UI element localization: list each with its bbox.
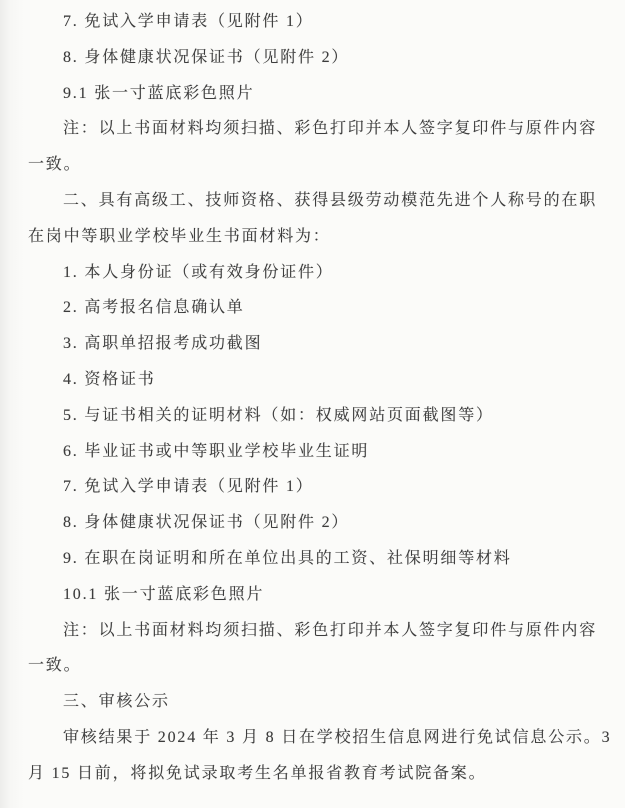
note-line-2: 一致。: [28, 648, 599, 684]
list-item-5: 5. 与证书相关的证明材料（如：权威网站页面截图等）: [28, 398, 599, 434]
paragraph-line-2: 月 15 日前，将拟免试录取考生名单报省教育考试院备案。: [28, 756, 599, 792]
list-item-9: 9. 在职在岗证明和所在单位出具的工资、社保明细等材料: [28, 541, 599, 577]
list-item-4: 4. 资格证书: [28, 362, 599, 398]
list-item-2: 2. 高考报名信息确认单: [28, 290, 599, 326]
list-item-8: 8. 身体健康状况保证书（见附件 2）: [28, 505, 599, 541]
paragraph-line-1: 审核结果于 2024 年 3 月 8 日在学校招生信息网进行免试信息公示。3: [28, 720, 599, 756]
list-item-10: 10.1 张一寸蓝底彩色照片: [28, 577, 599, 613]
note-line-2: 一致。: [28, 147, 599, 183]
note-line-1: 注：以上书面材料均须扫描、彩色打印并本人签字复印件与原件内容: [28, 111, 599, 147]
section-3-heading: 三、审核公示: [28, 684, 599, 720]
list-item-8: 8. 身体健康状况保证书（见附件 2）: [28, 40, 599, 76]
list-item-7: 7. 免试入学申请表（见附件 1）: [28, 469, 599, 505]
list-item-9: 9.1 张一寸蓝底彩色照片: [28, 76, 599, 112]
section-2-heading-line-1: 二、具有高级工、技师资格、获得县级劳动模范先进个人称号的在职: [28, 183, 599, 219]
list-item-7: 7. 免试入学申请表（见附件 1）: [28, 4, 599, 40]
note-line-1: 注：以上书面材料均须扫描、彩色打印并本人签字复印件与原件内容: [28, 613, 599, 649]
list-item-3: 3. 高职单招报考成功截图: [28, 326, 599, 362]
document-page: 7. 免试入学申请表（见附件 1） 8. 身体健康状况保证书（见附件 2） 9.…: [0, 0, 625, 808]
section-2-heading-line-2: 在岗中等职业学校毕业生书面材料为：: [28, 219, 599, 255]
list-item-1: 1. 本人身份证（或有效身份证件）: [28, 255, 599, 291]
list-item-6: 6. 毕业证书或中等职业学校毕业生证明: [28, 434, 599, 470]
